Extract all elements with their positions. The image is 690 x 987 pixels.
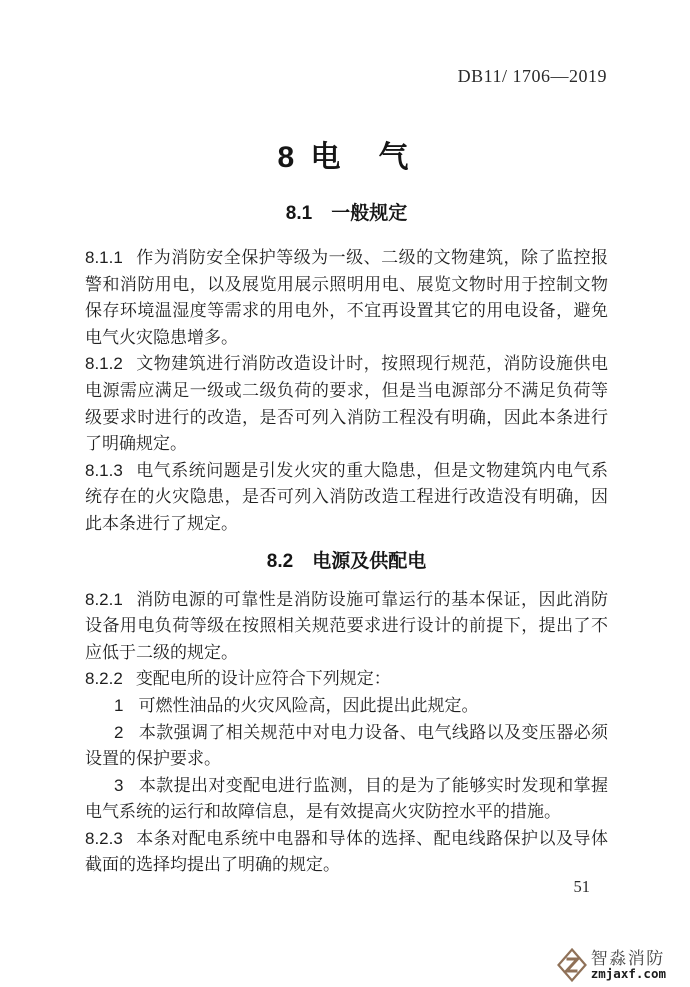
clause-8-1-2: 8.1.2文物建筑进行消防改造设计时，按照现行规范，消防设施供电电源需应满足一级… xyxy=(85,351,608,457)
section-heading-8-1: 8.1 一般规定 xyxy=(85,200,608,228)
clause-text: 文物建筑进行消防改造设计时，按照现行规范，消防设施供电电源需应满足一级或二级负荷… xyxy=(85,354,608,453)
clause-number: 8.2.1 xyxy=(85,590,136,609)
list-item-number: 2 xyxy=(114,723,138,742)
clause-number: 8.1.1 xyxy=(85,248,136,267)
watermark: 智淼消防 zmjaxf.com xyxy=(557,947,666,983)
clause-8-1-3: 8.1.3电气系统问题是引发火灾的重大隐患，但是文物建筑内电气系统存在的火灾隐患… xyxy=(85,458,608,538)
list-item-text: 本款强调了相关规范中对电力设备、电气线路以及变压器必须设置的保护要求。 xyxy=(85,723,608,769)
page-content: 8.1 一般规定 8.1.1作为消防安全保护等级为一级、二级的文物建筑，除了监控… xyxy=(85,200,608,879)
list-item-number: 3 xyxy=(114,776,138,795)
section-heading-8-2: 8.2 电源及供配电 xyxy=(85,548,608,576)
clause-8-2-2: 8.2.2变配电所的设计应符合下列规定： xyxy=(85,666,608,693)
doc-code: DB11/ 1706—2019 xyxy=(458,66,607,87)
clause-text: 作为消防安全保护等级为一级、二级的文物建筑，除了监控报警和消防用电，以及展览用展… xyxy=(85,248,608,347)
list-item-2: 2本款强调了相关规范中对电力设备、电气线路以及变压器必须设置的保护要求。 xyxy=(85,720,608,773)
page-number: 51 xyxy=(574,877,591,897)
zhimiao-logo-icon xyxy=(557,947,587,983)
clause-number: 8.1.2 xyxy=(85,354,136,373)
document-page: DB11/ 1706—2019 8 电 气 8.1 一般规定 8.1.1作为消防… xyxy=(0,0,690,987)
watermark-text: 智淼消防 zmjaxf.com xyxy=(591,950,666,981)
clause-text: 本条对配电系统中电器和导体的选择、配电线路保护以及导体截面的选择均提出了明确的规… xyxy=(85,829,608,875)
list-item-text: 本款提出对变配电进行监测，目的是为了能够实时发现和掌握电气系统的运行和故障信息，… xyxy=(85,776,608,822)
list-item-3: 3本款提出对变配电进行监测，目的是为了能够实时发现和掌握电气系统的运行和故障信息… xyxy=(85,773,608,826)
clause-8-2-3: 8.2.3本条对配电系统中电器和导体的选择、配电线路保护以及导体截面的选择均提出… xyxy=(85,826,608,879)
clause-number: 8.2.2 xyxy=(85,669,136,688)
list-item-text: 可燃性油品的火灾风险高，因此提出此规定。 xyxy=(138,696,478,715)
clause-number: 8.1.3 xyxy=(85,461,136,480)
watermark-site-url: zmjaxf.com xyxy=(591,967,666,980)
list-item-number: 1 xyxy=(114,696,138,715)
watermark-brand-name: 智淼消防 xyxy=(591,950,666,968)
list-item-1: 1可燃性油品的火灾风险高，因此提出此规定。 xyxy=(85,693,608,720)
clause-number: 8.2.3 xyxy=(85,829,136,848)
clause-text: 变配电所的设计应符合下列规定： xyxy=(136,669,391,688)
clause-text: 消防电源的可靠性是消防设施可靠运行的基本保证，因此消防设备用电负荷等级在按照相关… xyxy=(85,590,608,662)
clause-8-1-1: 8.1.1作为消防安全保护等级为一级、二级的文物建筑，除了监控报警和消防用电，以… xyxy=(85,245,608,351)
clause-8-2-1: 8.2.1消防电源的可靠性是消防设施可靠运行的基本保证，因此消防设备用电负荷等级… xyxy=(85,587,608,667)
clause-text: 电气系统问题是引发火灾的重大隐患，但是文物建筑内电气系统存在的火灾隐患，是否可列… xyxy=(85,461,608,533)
chapter-title: 8 电 气 xyxy=(0,132,690,176)
